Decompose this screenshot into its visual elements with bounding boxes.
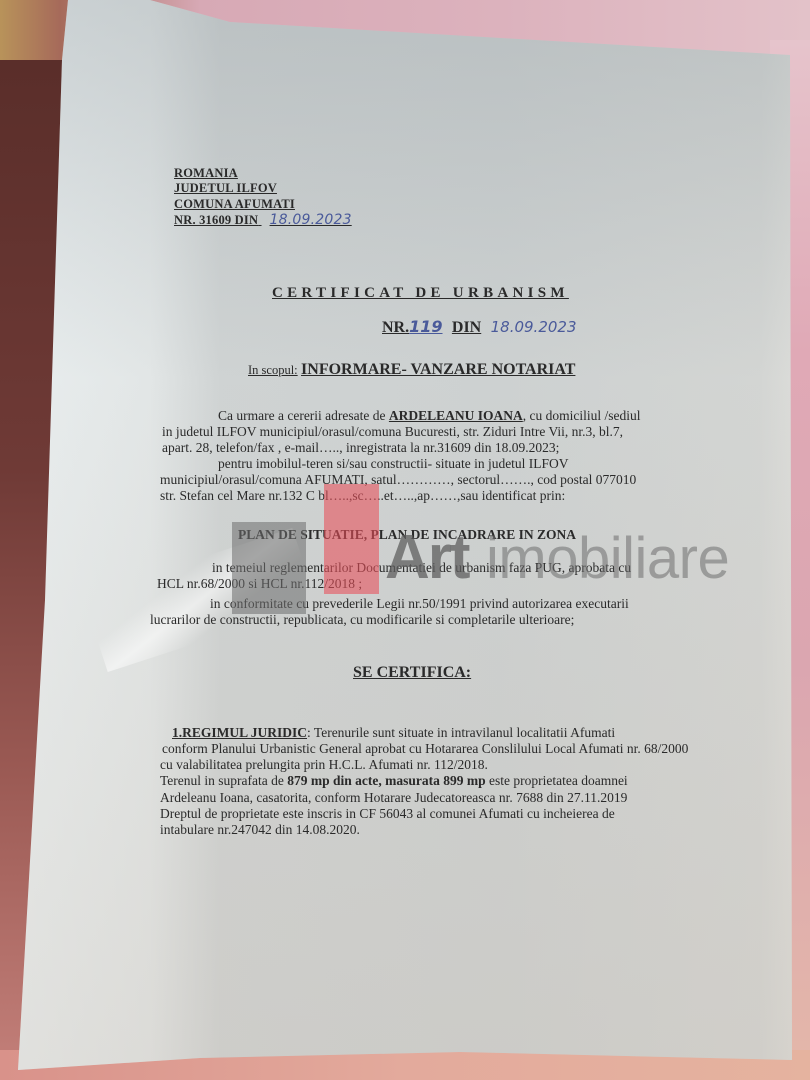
- nr-handwritten: 119: [409, 317, 442, 336]
- legal-regime-line-2: conform Planului Urbanistic General apro…: [162, 741, 688, 756]
- legal-regime-line-4-pre: Terenul in suprafata de: [160, 773, 287, 788]
- legal-regime-line-5: Ardeleanu Ioana, casatorita, conform Hot…: [160, 790, 627, 805]
- intro-line-5: municipiul/orasul/comuna AFUMATI, satul……: [160, 472, 636, 487]
- scope-value: INFORMARE- VANZARE NOTARIAT: [301, 361, 575, 378]
- legal-regime-line-4-post: este proprietatea doamnei: [486, 773, 628, 788]
- legal-regime-heading: 1.REGIMUL JURIDIC: [172, 725, 307, 740]
- nr-label: NR.: [382, 319, 409, 336]
- date-handwritten: 18.09.2023: [491, 318, 577, 336]
- watermark-suffix: imobiliare: [486, 530, 729, 588]
- watermark-brand: Art: [385, 527, 469, 589]
- legal-regime-line-3: cu valabilitatea prelungita prin H.C.L. …: [160, 757, 488, 772]
- certificate-document: ROMANIA JUDETUL ILFOV COMUNA AFUMATI NR.…: [0, 0, 810, 1080]
- legal-regime-line-1-post: : Terenurile sunt situate in intravilanu…: [307, 725, 615, 740]
- legal-regime-line-1: 1.REGIMUL JURIDIC: Terenurile sunt situa…: [172, 725, 615, 740]
- intro-line-2: in judetul ILFOV municipiul/orasul/comun…: [162, 424, 623, 439]
- certificate-number: NR.119 DIN 18.09.2023: [382, 319, 577, 335]
- intro-line-1-pre: Ca urmare a cererii adresate de: [218, 408, 389, 423]
- header-county: JUDETUL ILFOV: [174, 181, 277, 196]
- intro-line-1: Ca urmare a cererii adresate de ARDELEAN…: [218, 408, 641, 423]
- applicant-name: ARDELEANU IOANA: [389, 408, 523, 423]
- legal-regime-line-4: Terenul in suprafata de 879 mp din acte,…: [160, 773, 628, 788]
- scope-line: In scopul: INFORMARE- VANZARE NOTARIAT: [248, 362, 575, 378]
- document-title: CERTIFICAT DE URBANISM: [272, 286, 569, 301]
- header-country: ROMANIA: [174, 166, 238, 181]
- din-label: DIN: [452, 319, 481, 336]
- header-commune: COMUNA AFUMATI: [174, 197, 295, 212]
- intro-line-1-post: , cu domiciliul /sediul: [523, 408, 641, 423]
- scope-label: In scopul:: [248, 363, 298, 377]
- header-reg-date-handwritten: 18.09.2023: [270, 212, 352, 228]
- header-registration: NR. 31609 DIN 18.09.2023: [174, 213, 352, 228]
- watermark-red-block: [324, 484, 379, 594]
- land-area: 879 mp din acte, masurata 899 mp: [287, 773, 485, 788]
- intro-line-4: pentru imobilul-teren si/sau constructii…: [218, 456, 569, 471]
- intro-line-3: apart. 28, telefon/fax , e-mail….., inre…: [162, 440, 559, 455]
- watermark-gray-block: [232, 522, 306, 614]
- legal-regime-line-6: Dreptul de proprietate este inscris in C…: [160, 806, 615, 821]
- basis-line-4: lucrarilor de constructii, republicata, …: [150, 612, 574, 627]
- certifies-heading: SE CERTIFICA:: [353, 665, 471, 680]
- header-reg-prefix: NR. 31609 DIN: [174, 213, 258, 227]
- legal-regime-line-7: intabulare nr.247042 din 14.08.2020.: [160, 822, 360, 837]
